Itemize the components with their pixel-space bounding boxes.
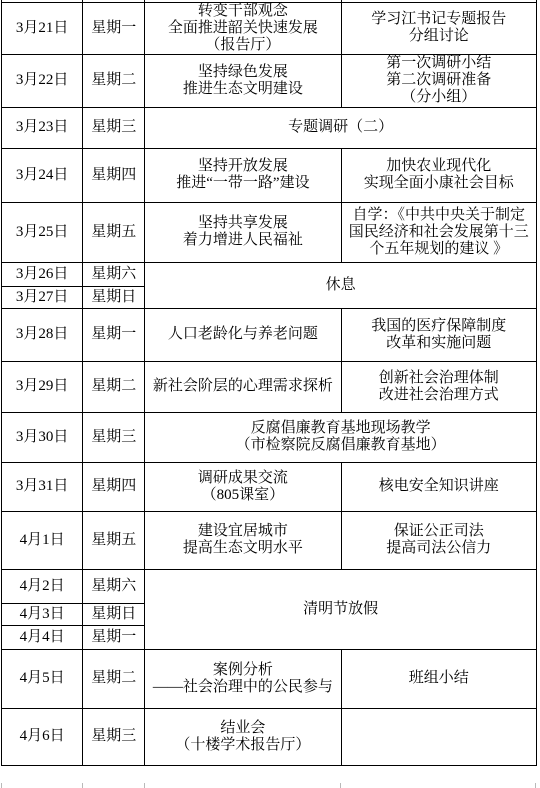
activity-cell-right: 核电安全知识讲座 <box>341 462 536 511</box>
table-row: 3月29日 星期二 新社会阶层的心理需求探析 创新社会治理体制 改进社会治理方式 <box>2 361 537 412</box>
activity-cell-left: 建设宜居城市 提高生态文明水平 <box>145 511 341 569</box>
activity-cell-left: 转变干部观念 全面推进韶关快速发展 （报告厅） <box>145 2 341 54</box>
weekday-cell: 星期六 <box>83 569 145 603</box>
faint-grid-line <box>535 783 536 788</box>
weekday-cell: 星期日 <box>83 286 145 308</box>
activity-cell-right: 自学：《中共中央关于制定 国民经济和社会发展第十三 个五年规划的建议 》 <box>341 202 536 262</box>
activity-cell-left: 坚持开放发展 推进“一带一路”建设 <box>145 148 341 202</box>
weekday-cell: 星期二 <box>83 649 145 708</box>
activity-cell-left: 坚持共享发展 着力增进人民福祉 <box>145 202 341 262</box>
activity-cell-right: 创新社会治理体制 改进社会治理方式 <box>341 361 536 412</box>
weekday-cell: 星期二 <box>83 54 145 107</box>
activity-cell-left: 人口老龄化与养老问题 <box>145 308 341 361</box>
weekday-cell: 星期二 <box>83 361 145 412</box>
table-row: 3月26日 星期六 休息 <box>2 262 537 286</box>
table-row: 3月21日 星期一 转变干部观念 全面推进韶关快速发展 （报告厅） 学习江书记专… <box>2 2 537 54</box>
table-row: 4月2日 星期六 清明节放假 <box>2 569 537 603</box>
date-cell: 3月24日 <box>2 148 83 202</box>
date-cell: 3月31日 <box>2 462 83 511</box>
faint-grid-line <box>1 783 2 788</box>
table-row: 3月25日 星期五 坚持共享发展 着力增进人民福祉 自学：《中共中央关于制定 国… <box>2 202 537 262</box>
date-cell: 3月21日 <box>2 2 83 54</box>
date-cell: 3月22日 <box>2 54 83 107</box>
activity-cell-left: 结业会 （十楼学术报告厅） <box>145 708 341 765</box>
table-row: 3月28日 星期一 人口老龄化与养老问题 我国的医疗保障制度 改革和实施问题 <box>2 308 537 361</box>
rest-cell: 休息 <box>145 262 537 308</box>
date-cell: 4月3日 <box>2 603 83 625</box>
table-row: 3月23日 星期三 专题调研（二） <box>2 107 537 148</box>
activity-cell-left: 新社会阶层的心理需求探析 <box>145 361 341 412</box>
weekday-cell: 星期日 <box>83 603 145 625</box>
activity-cell-merged: 反腐倡廉教育基地现场教学 （市检察院反腐倡廉教育基地） <box>145 412 537 462</box>
weekday-cell: 星期五 <box>83 202 145 262</box>
table-row: 4月1日 星期五 建设宜居城市 提高生态文明水平 保证公正司法 提高司法公信力 <box>2 511 537 569</box>
date-cell: 3月23日 <box>2 107 83 148</box>
schedule-page: 3月21日 星期一 转变干部观念 全面推进韶关快速发展 （报告厅） 学习江书记专… <box>0 0 540 788</box>
holiday-cell: 清明节放假 <box>145 569 537 649</box>
weekday-cell: 星期一 <box>83 2 145 54</box>
activity-cell-right <box>341 708 536 765</box>
activity-cell-right: 第一次调研小结 第二次调研准备 （分小组） <box>341 54 536 107</box>
date-cell: 3月28日 <box>2 308 83 361</box>
activity-cell-left: 案例分析 ——社会治理中的公民参与 <box>145 649 341 708</box>
table-row: 3月24日 星期四 坚持开放发展 推进“一带一路”建设 加快农业现代化 实现全面… <box>2 148 537 202</box>
date-cell: 4月5日 <box>2 649 83 708</box>
weekday-cell: 星期三 <box>83 708 145 765</box>
weekday-cell: 星期三 <box>83 107 145 148</box>
date-cell: 3月30日 <box>2 412 83 462</box>
activity-cell-merged: 专题调研（二） <box>145 107 537 148</box>
activity-cell-right: 我国的医疗保障制度 改革和实施问题 <box>341 308 536 361</box>
activity-cell-left: 坚持绿色发展 推进生态文明建设 <box>145 54 341 107</box>
activity-cell-right: 加快农业现代化 实现全面小康社会目标 <box>341 148 536 202</box>
weekday-cell: 星期四 <box>83 148 145 202</box>
date-cell: 4月1日 <box>2 511 83 569</box>
weekday-cell: 星期一 <box>83 625 145 649</box>
table-row: 3月30日 星期三 反腐倡廉教育基地现场教学 （市检察院反腐倡廉教育基地） <box>2 412 537 462</box>
weekday-cell: 星期五 <box>83 511 145 569</box>
table-row: 3月22日 星期二 坚持绿色发展 推进生态文明建设 第一次调研小结 第二次调研准… <box>2 54 537 107</box>
weekday-cell: 星期四 <box>83 462 145 511</box>
activity-cell-right: 班组小结 <box>341 649 536 708</box>
date-cell: 4月2日 <box>2 569 83 603</box>
date-cell: 3月25日 <box>2 202 83 262</box>
weekday-cell: 星期一 <box>83 308 145 361</box>
table-row: 4月6日 星期三 结业会 （十楼学术报告厅） <box>2 708 537 765</box>
faint-grid-line <box>144 783 145 788</box>
table-row: 4月5日 星期二 案例分析 ——社会治理中的公民参与 班组小结 <box>2 649 537 708</box>
schedule-table: 3月21日 星期一 转变干部观念 全面推进韶关快速发展 （报告厅） 学习江书记专… <box>1 0 537 766</box>
date-cell: 4月4日 <box>2 625 83 649</box>
weekday-cell: 星期三 <box>83 412 145 462</box>
activity-cell-right: 学习江书记专题报告 分组讨论 <box>341 2 536 54</box>
date-cell: 3月26日 <box>2 262 83 286</box>
activity-cell-left: 调研成果交流 （805课室） <box>145 462 341 511</box>
date-cell: 3月27日 <box>2 286 83 308</box>
activity-cell-right: 保证公正司法 提高司法公信力 <box>341 511 536 569</box>
date-cell: 3月29日 <box>2 361 83 412</box>
table-row: 3月31日 星期四 调研成果交流 （805课室） 核电安全知识讲座 <box>2 462 537 511</box>
weekday-cell: 星期六 <box>83 262 145 286</box>
date-cell: 4月6日 <box>2 708 83 765</box>
faint-grid-line <box>340 783 341 788</box>
faint-grid-line <box>82 783 83 788</box>
